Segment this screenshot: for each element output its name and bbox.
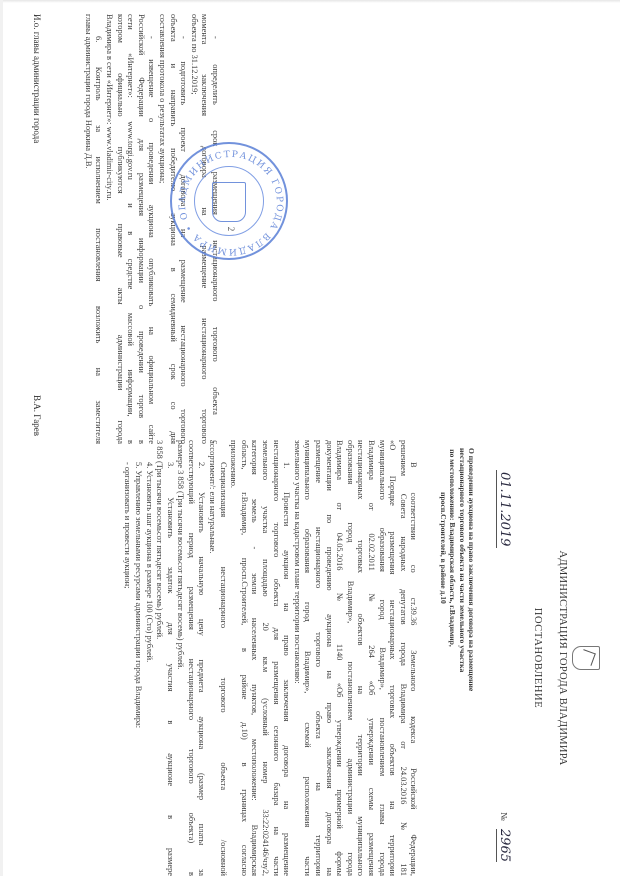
text-line: Российской Федерации для размещения инфо… [135, 14, 146, 444]
text-line: В соответствии со ст.39.36 Земельного ко… [408, 440, 419, 876]
text-line: нестационарного торгового объекта для ра… [270, 440, 281, 876]
stamp-coat-of-arms-icon [212, 182, 246, 222]
text-line: Владимира от 04.05.2016 № 1140 «Об утвер… [334, 440, 345, 876]
text-line: «О Порядке размещения нестационарных тор… [387, 440, 398, 876]
text-line: категория земель - земли населенных пунк… [249, 440, 260, 876]
subject-line: по местоположению: Владимирская область,… [448, 448, 457, 648]
document-type: ПОСТАНОВЛЕНИЕ [532, 440, 543, 876]
text-line: размере 3 858 (Три тысячи восемьсот пять… [175, 440, 186, 876]
signer-name: В.А. Гарев [32, 395, 42, 436]
scan-edge-top [0, 0, 620, 3]
subject-line: О проведении аукциона на право заключени… [467, 448, 476, 648]
date-number-row: 01.11.2019 № 2965 [490, 440, 516, 876]
text-line: - организовать и провести аукцион; [122, 440, 133, 876]
page-1-body: В соответствии со ст.39.36 Земельного ко… [122, 440, 419, 876]
handwritten-number: 2965 [496, 829, 512, 862]
signer-position: И.о. главы администрации города [32, 14, 42, 143]
organization-title: АДМИНИСТРАЦИЯ ГОРОДА ВЛАДИМИРА [557, 440, 568, 876]
text-line: муниципального образования город Владими… [302, 440, 313, 876]
text-line: Владимира в сети «Интернет»: www.vladimi… [103, 14, 114, 444]
text-line: 3 858 (Три тысячи восемьсот пятьдесят во… [154, 440, 165, 876]
text-line: образования город Владимир», постановлен… [344, 440, 355, 876]
text-line: главы администрации города Норкина Д.В. [82, 14, 93, 444]
text-line: 5. Управлению земельными ресурсами админ… [132, 440, 143, 876]
number-label: № [499, 812, 509, 821]
text-line: приложению. [228, 440, 239, 876]
text-line: муниципального образования город Владими… [376, 440, 387, 876]
text-line: сети «Интернет»: www.torgi.gov.ru и в ср… [125, 14, 136, 444]
text-line: решением Совета народных депутатов город… [397, 440, 408, 876]
text-line: земельного участка площадью 20 кв.м (усл… [259, 440, 270, 876]
handwritten-date: 01.11.2019 [496, 470, 512, 548]
text-line: - извещение о проведении аукциона опубли… [146, 14, 157, 444]
official-stamp: АДМИНИСТРАЦИЯ ГОРОДА ВЛАДИМИРА • ОГРН 10… [170, 142, 288, 260]
text-line: область, г.Владимир, просп.Строителей, в… [238, 440, 249, 876]
text-line: составления протокола о результатах аукц… [156, 14, 167, 444]
text-line: 4. Установить шаг аукциона в размере 100… [143, 440, 154, 876]
signature-block: И.о. главы администрации города В.А. Гар… [28, 14, 42, 444]
subject-line: просп.Строителей, в районе д.10 [438, 448, 447, 648]
text-line: 3. Установить задаток для участия в аукц… [164, 440, 175, 876]
text-line: Специализация нестационарного торгового … [217, 440, 228, 876]
text-line: земельного участка на кадастровом плане … [291, 440, 302, 876]
document-page-1: АДМИНИСТРАЦИЯ ГОРОДА ВЛАДИМИРА ПОСТАНОВЛ… [40, 440, 600, 876]
text-line: соответствующий период размещения нестац… [185, 440, 196, 876]
document-number: № 2965 [497, 812, 512, 862]
text-line: нестационарных торговых объектов на терр… [355, 440, 366, 876]
vladimir-coat-of-arms-icon [572, 646, 600, 670]
text-line: котором официально публикуются правовые … [114, 14, 125, 444]
text-line: 2. Установить начальную цену предмета ау… [196, 440, 207, 876]
text-line: размещение нестационарного торгового объ… [312, 440, 323, 876]
scan-edge-left [0, 0, 3, 876]
text-line: документации по проведению аукциона на п… [323, 440, 334, 876]
document-subject: О проведении аукциона на право заключени… [438, 448, 476, 648]
text-line: 6. Контроль за исполнением постановления… [93, 14, 104, 444]
subject-line: нестационарного торгового объекта на час… [457, 448, 466, 648]
text-line: Владимира от 02.02.2011 № 264 «Об утверж… [365, 440, 376, 876]
text-line: ассортимент/: ели натуральные. [207, 440, 218, 876]
text-line: 1. Провести аукцион на право заключения … [281, 440, 292, 876]
